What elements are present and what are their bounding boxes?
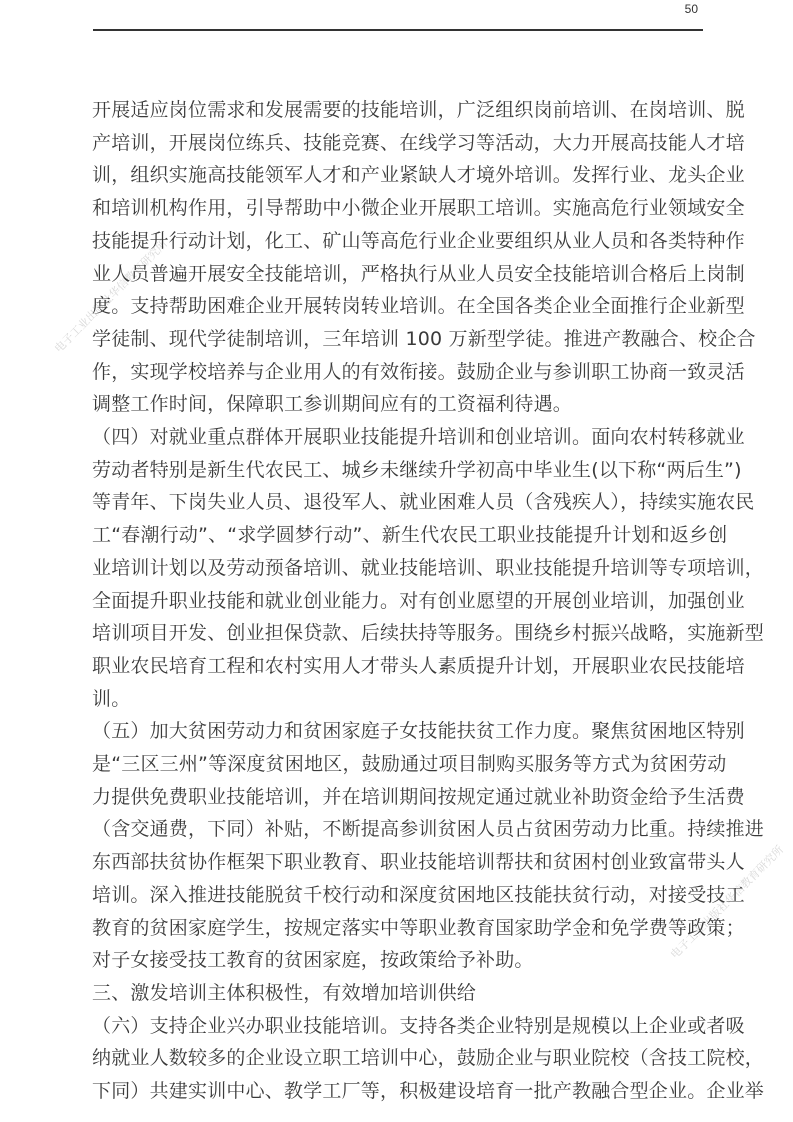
text-line: 学徒制、现代学徒制培训，三年培训 100 万新型学徒。推进产教融合、校企合 — [92, 323, 712, 356]
text-line: 全面提升职业技能和就业创业能力。对有创业愿望的开展创业培训，加强创业 — [92, 585, 712, 618]
text-line: 作，实现学校培养与企业用人的有效衔接。鼓励企业与参训职工协商一致灵活 — [92, 356, 712, 389]
text-line: 教育的贫困家庭学生，按规定落实中等职业教育国家助学金和免学费等政策； — [92, 912, 712, 945]
text-line: 培训。深入推进技能脱贫千校行动和深度贫困地区技能扶贫行动，对接受技工 — [92, 879, 712, 912]
section-heading-3: 三、激发培训主体积极性，有效增加培训供给 — [92, 977, 712, 1010]
text-line: 是“三区三州”等深度贫困地区，鼓励通过项目制购买服务等方式为贫困劳动 — [92, 748, 712, 781]
section-heading-6: （六）支持企业兴办职业技能培训。支持各类企业特别是规模以上企业或者吸 — [92, 1010, 712, 1043]
text-line: 等青年、下岗失业人员、退役军人、就业困难人员（含残疾人），持续实施农民 — [92, 486, 712, 519]
section-heading-5: （五）加大贫困劳动力和贫困家庭子女技能扶贫工作力度。聚焦贫困地区特别 — [92, 715, 712, 748]
page-number: 50 — [685, 2, 698, 16]
text-line: 开展适应岗位需求和发展需要的技能培训，广泛组织岗前培训、在岗培训、脱 — [92, 94, 712, 127]
text-line: 下同）共建实训中心、教学工厂等，积极建设培育一批产教融合型企业。企业举 — [92, 1075, 712, 1108]
text-line: 纳就业人数较多的企业设立职工培训中心，鼓励企业与职业院校（含技工院校， — [92, 1042, 712, 1075]
text-line: 培训项目开发、创业担保贷款、后续扶持等服务。围绕乡村振兴战略，实施新型 — [92, 617, 712, 650]
header-rule — [93, 29, 703, 31]
text-line: 训。 — [92, 683, 712, 716]
text-line: 和培训机构作用，引导帮助中小微企业开展职工培训。实施高危行业领域安全 — [92, 192, 712, 225]
text-line: 业培训计划以及劳动预备培训、就业技能培训、职业技能提升培训等专项培训， — [92, 552, 712, 585]
text-line: 力提供免费职业技能培训，并在培训期间按规定通过就业补助资金给予生活费 — [92, 781, 712, 814]
text-line: 度。支持帮助困难企业开展转岗转业培训。在全国各类企业全面推行企业新型 — [92, 290, 712, 323]
text-line: （含交通费，下同）补贴，不断提高参训贫困人员占贫困劳动力比重。持续推进 — [92, 813, 712, 846]
text-line: 劳动者特别是新生代农民工、城乡未继续升学初高中毕业生(以下称“两后生”) — [92, 454, 712, 487]
text-line: 调整工作时间，保障职工参训期间应有的工资福利待遇。 — [92, 388, 712, 421]
text-line: 东西部扶贫协作框架下职业教育、职业技能培训帮扶和贫困村创业致富带头人 — [92, 846, 712, 879]
text-line: 训，组织实施高技能领军人才和产业紧缺人才境外培训。发挥行业、龙头企业 — [92, 159, 712, 192]
text-line: 产培训，开展岗位练兵、技能竞赛、在线学习等活动，大力开展高技能人才培 — [92, 127, 712, 160]
text-line: 职业农民培育工程和农村实用人才带头人素质提升计划，开展职业农民技能培 — [92, 650, 712, 683]
text-line: 对子女接受技工教育的贫困家庭，按政策给予补助。 — [92, 944, 712, 977]
text-line: 技能提升行动计划，化工、矿山等高危行业企业要组织从业人员和各类特种作 — [92, 225, 712, 258]
body-text: 开展适应岗位需求和发展需要的技能培训，广泛组织岗前培训、在岗培训、脱 产培训，开… — [92, 94, 712, 1108]
section-heading-4: （四）对就业重点群体开展职业技能提升培训和创业培训。面向农村转移就业 — [92, 421, 712, 454]
text-line: 业人员普遍开展安全技能培训，严格执行从业人员安全技能培训合格后上岗制 — [92, 258, 712, 291]
text-line: 工“春潮行动”、“求学圆梦行动”、新生代农民工职业技能提升计划和返乡创 — [92, 519, 712, 552]
